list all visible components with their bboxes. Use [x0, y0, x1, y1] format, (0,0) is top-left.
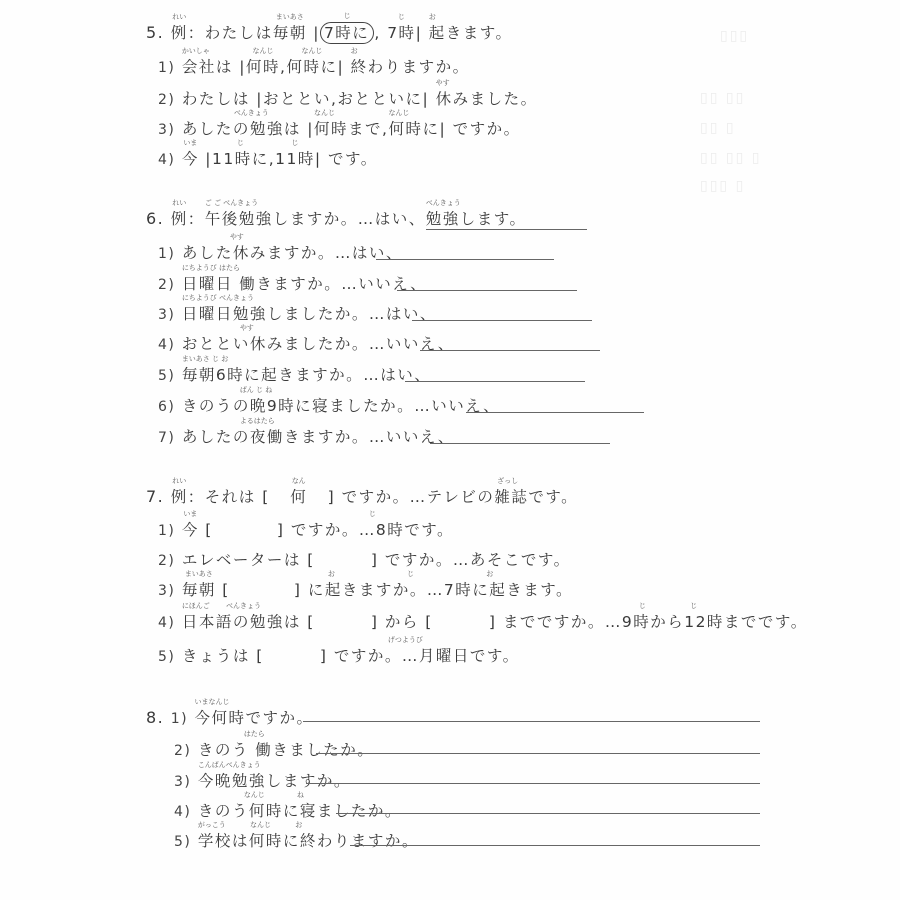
ruby: こんばんべんきょう [198, 761, 351, 769]
before-text: 日本語の勉強は [182, 613, 301, 631]
bleed-through-text: ▯▯▯ ▯ [700, 178, 745, 194]
ruby: にちようび はたら [182, 264, 341, 272]
choice-a[interactable]: おととい [263, 90, 331, 108]
choice-b-text: 何時に [286, 58, 337, 76]
bracket-open: [ [256, 647, 264, 665]
item-number: 4) [158, 336, 175, 354]
section6-item-1: 1) やす あした休みますか。 …はい、 [158, 244, 403, 263]
question-text: きのう何時に寝ましたか。 [198, 802, 402, 820]
example-label: れい 例 [171, 24, 188, 42]
prefix-text: 会社は [182, 58, 233, 76]
question: いまなんじ 今何時ですか。 [195, 709, 314, 727]
ruby: なん [290, 477, 307, 485]
after-text: ですか。…8時です。 [291, 521, 454, 539]
answer-blank[interactable] [412, 320, 592, 321]
answer-blank[interactable] [306, 783, 760, 784]
prefix-text: わたしは [182, 90, 250, 108]
before-text: 毎朝 [182, 581, 216, 599]
after: ざっし ですか。…テレビの雑誌です。 [342, 488, 578, 506]
verb-text: 起きます。 [429, 24, 513, 42]
ruby: お [351, 47, 470, 55]
ruby: にほんご べんきょう [182, 602, 301, 610]
bracket-close: ] [277, 521, 285, 539]
answer-blank[interactable] [405, 381, 585, 382]
choice-a-text: 何時まで [314, 120, 382, 138]
ruby: べんきょう [426, 199, 587, 207]
question-text: 日曜日勉強しましたか。 [182, 305, 369, 323]
choice-b[interactable]: じ 11時 [275, 150, 315, 168]
choice-a-text: 何時 [246, 58, 280, 76]
ruby: お [429, 13, 513, 21]
ruby: ばん じ ね [182, 386, 414, 394]
section8-item-1: 8. 1) いまなんじ 今何時ですか。 [146, 709, 314, 728]
choice-a[interactable]: なんじ 何時まで [314, 120, 382, 138]
section6-item-3: 3) にちようび べんきょう 日曜日勉強しましたか。 …はい、 [158, 305, 437, 324]
after-text: ですか。…月曜日です。 [334, 647, 520, 665]
choice-b[interactable]: なんじ 何時に [286, 58, 337, 76]
example-label-text: 例 [171, 488, 188, 506]
ruby: べんきょう [234, 109, 269, 117]
section6-item-2: 2) にちようび はたら 日曜日 働きますか。 …いいえ、 [158, 275, 427, 294]
ruby: なんじ [314, 109, 382, 117]
item-number: 4) [174, 803, 191, 821]
section5-example: 5. れい 例 ：わたしは まいあさ 毎朝 | じ 7時に , じ 7時 | お… [146, 22, 513, 44]
choice-b[interactable]: なんじ 何時に [388, 120, 439, 138]
section8-item-3: 3) こんばんべんきょう 今晩勉強しますか。 [174, 772, 351, 791]
before: にほんご べんきょう 日本語の勉強は [182, 613, 301, 631]
section8-item-4: 4) なんじ ね きのう何時に寝ましたか。 [174, 802, 402, 821]
section6-item-4: 4) やす おととい休みましたか。 …いいえ、 [158, 335, 455, 354]
ruby: いま [182, 510, 199, 518]
item-number: 6) [158, 398, 175, 416]
section7-item-2: 2) エレベーターは [] ですか。…あそこです。 [158, 551, 571, 570]
answer-blank[interactable] [350, 845, 760, 846]
ruby: やす [182, 324, 369, 332]
item-number: 1) [158, 245, 175, 263]
section-number: 5. [146, 23, 164, 42]
section5-item-2[interactable]: 2) わたしは |おととい,おとといに| やす 休みました。 [158, 90, 538, 109]
after-text: までですか。…9時から12時までです。 [503, 613, 808, 631]
example-label-text: 例 [171, 210, 188, 228]
bracket-close: ] [371, 613, 379, 631]
after-text: ですか。…テレビの雑誌です。 [342, 488, 578, 506]
item-number: 3) [174, 773, 191, 791]
section7-item-3: 3) まいあさ 毎朝 [] お じ お に起きますか。…7時に起きます。 [158, 581, 573, 600]
ruby: じ [275, 139, 315, 147]
ruby: はたら [198, 730, 374, 738]
ruby: にちようび べんきょう [182, 294, 369, 302]
ruby: じ [212, 139, 269, 147]
choice-b-text: 11時 [275, 150, 315, 168]
item-number: 1) [171, 710, 188, 728]
reply-text: …はい、 [358, 210, 426, 228]
question: にちようび はたら 日曜日 働きますか。 [182, 275, 341, 293]
bleed-through-text: ▯▯ ▯▯ [700, 90, 745, 106]
question: はたら きのう 働きましたか。 [198, 741, 374, 759]
ruby: お じ お [308, 570, 573, 578]
suffix-text: 休みました。 [436, 90, 538, 108]
worksheet-page: ▯▯▯ ▯▯ ▯▯ ▯▯ ▯ ▯▯ ▯▯ ▯ ▯▯▯ ▯ 5. れい 例 ：わた… [0, 0, 900, 900]
item-number: 5) [158, 648, 175, 666]
prefix-text: あしたの勉強は [182, 120, 301, 138]
colon: ： [188, 24, 205, 42]
bleed-through-text: ▯▯ ▯▯ ▯ [700, 150, 761, 166]
section-number: 8. [146, 708, 164, 727]
bleed-through-text: ▯▯▯ [720, 28, 749, 44]
choice-b-text: 何時に [388, 120, 439, 138]
section6-example: 6. れい 例 ： ご ご べんきょう 午後勉強しますか。 …はい、 べんきょう… [146, 210, 587, 230]
example-label-text: 例 [171, 24, 188, 42]
example-answer-text: 勉強します。 [426, 210, 527, 228]
question-text: 学校は何時に終わりますか。 [198, 832, 419, 850]
section-number: 6. [146, 209, 164, 228]
ruby: なんじ [246, 47, 280, 55]
answer-blank[interactable] [397, 290, 577, 291]
choice-a-text: 11時に [212, 150, 269, 168]
suffix-text: 終わりますか。 [351, 58, 470, 76]
word-maiasa: まいあさ 毎朝 [273, 24, 307, 42]
before-text: きょうは [182, 647, 250, 665]
question: やす あした休みますか。 [182, 244, 335, 262]
example-label: れい 例 [171, 488, 188, 506]
ruby: れい [171, 199, 188, 207]
question: にちようび べんきょう 日曜日勉強しましたか。 [182, 305, 369, 323]
section6-item-6: 6) ばん じ ね きのうの晩9時に寝ましたか。 …いいえ、 [158, 397, 500, 416]
ruby: いまなんじ [195, 698, 314, 706]
bracket-close: ] [371, 551, 379, 569]
question: やす おととい休みましたか。 [182, 335, 369, 353]
prefix: いま 今 [182, 150, 199, 168]
section7-item-5: 5) きょうは [] げつようび ですか。…月曜日です。 [158, 647, 520, 666]
bracket-open: [ [205, 521, 213, 539]
bleed-through-text: ▯▯ ▯ [700, 120, 736, 136]
choice-bracket-open: | [313, 24, 320, 42]
question: こんばんべんきょう 今晩勉強しますか。 [198, 772, 351, 790]
item-number: 4) [158, 614, 175, 632]
answer-blank[interactable] [430, 443, 610, 444]
question: よるはたら あしたの夜働きますか。 [182, 428, 369, 446]
ruby: じ [321, 12, 373, 20]
ruby: まいあさ じ お [182, 355, 363, 363]
answer-blank[interactable] [316, 753, 760, 754]
item-number: 2) [174, 742, 191, 760]
after-text: ですか。…あそこです。 [385, 551, 571, 569]
question-text: おととい休みましたか。 [182, 335, 369, 353]
ruby: がっこう なんじ お [198, 821, 419, 829]
section7-item-4: 4) にほんご べんきょう 日本語の勉強は [] から [] じ じ までですか… [158, 613, 808, 632]
question-text: 午後勉強しますか。 [205, 210, 358, 228]
item-number: 7) [158, 429, 175, 447]
circled-choice-text: 7時に [324, 24, 369, 42]
bracket-close: ] [320, 647, 328, 665]
example-answer: べんきょう 勉強します。 [426, 210, 587, 230]
question: なんじ ね きのう何時に寝ましたか。 [198, 802, 402, 820]
before: いま 今 [182, 521, 199, 539]
question-text: あした休みますか。 [182, 244, 335, 262]
question: まいあさ じ お 毎朝6時に起きますか。 [182, 366, 363, 384]
suffix-text: ですか。 [453, 120, 521, 138]
answer-blank[interactable] [336, 813, 760, 814]
section8-item-5: 5) がっこう なんじ お 学校は何時に終わりますか。 [174, 832, 419, 851]
colon: ： [188, 488, 205, 506]
question-text: 今何時ですか。 [195, 709, 314, 727]
bracket-open: [ [307, 551, 315, 569]
example-filled-answer: なん 何 [290, 488, 307, 506]
choice-b[interactable]: おとといに [337, 90, 422, 108]
item-number: 1) [158, 522, 175, 540]
choice-separator: , [374, 24, 380, 42]
filled-text: 何 [290, 488, 307, 506]
prefix: べんきょう あしたの勉強は [182, 120, 301, 138]
ruby: なんじ ね [198, 791, 402, 799]
suffix-text: です。 [328, 150, 378, 168]
sentence-text: わたしは [205, 24, 273, 42]
ruby: ご ご べんきょう [205, 199, 358, 207]
ruby: やす [182, 233, 335, 241]
bracket-open: [ [262, 488, 270, 506]
after: お じ お に起きますか。…7時に起きます。 [308, 581, 573, 599]
ruby: なんじ [286, 47, 337, 55]
prefix: かいしゃ 会社は [182, 58, 233, 76]
section6-item-7: 7) よるはたら あしたの夜働きますか。 …いいえ、 [158, 428, 455, 447]
ruby: よるはたら [182, 417, 369, 425]
other-choice-text: 7時 [387, 24, 415, 42]
prefix-text: 今 [182, 150, 199, 168]
question-text: きのう 働きましたか。 [198, 741, 374, 759]
section8-item-2: 2) はたら きのう 働きましたか。 [174, 741, 374, 760]
item-number: 3) [158, 121, 175, 139]
choice-bracket-close: | [416, 24, 423, 42]
question-text: 毎朝6時に起きますか。 [182, 366, 363, 384]
item-number: 2) [158, 552, 175, 570]
bracket-open: [ [222, 581, 230, 599]
ruby: れい [171, 477, 188, 485]
answer-blank[interactable] [420, 350, 600, 351]
section-number: 7. [146, 487, 164, 506]
question: ばん じ ね きのうの晩9時に寝ましたか。 [182, 397, 414, 415]
after-text: に起きますか。…7時に起きます。 [308, 581, 573, 599]
answer-blank[interactable] [376, 259, 554, 260]
bracket-close: ] [328, 488, 336, 506]
ruby: なんじ [388, 109, 439, 117]
answer-blank[interactable] [466, 412, 644, 413]
section5-item-3[interactable]: 3) べんきょう あしたの勉強は | なんじ 何時まで , なんじ 何時に | … [158, 120, 521, 139]
item-number: 4) [158, 151, 175, 169]
other-choice: じ 7時 [387, 24, 415, 42]
item-number: 3) [158, 306, 175, 324]
answer-blank[interactable] [303, 721, 760, 722]
ruby: れい [171, 13, 188, 21]
ruby: じ じ [503, 602, 808, 610]
item-number: 2) [158, 276, 175, 294]
question-text: 日曜日 働きますか。 [182, 275, 341, 293]
item-number: 5) [174, 833, 191, 851]
suffix: お 終わりますか。 [351, 58, 470, 76]
section7-item-1: 1) いま 今 [] じ ですか。…8時です。 [158, 521, 454, 540]
ruby: げつようび [334, 636, 520, 644]
ruby: まいあさ [182, 570, 216, 578]
ruby: じ [291, 510, 454, 518]
ruby: じ [387, 13, 415, 21]
choice-a[interactable]: じ 11時に [212, 150, 269, 168]
after: じ じ までですか。…9時から12時までです。 [503, 613, 808, 631]
section5-item-4[interactable]: 4) いま 今 | じ 11時に , じ 11時 | です。 [158, 150, 378, 169]
item-number: 2) [158, 91, 175, 109]
ruby: かいしゃ [182, 47, 233, 55]
section7-example: 7. れい 例 ：それは [ なん 何 ] ざっし ですか。…テレビの雑誌です。 [146, 488, 578, 506]
bracket-close: ] [294, 581, 302, 599]
before-text: 今 [182, 521, 199, 539]
after: げつようび ですか。…月曜日です。 [334, 647, 520, 665]
circled-choice: じ 7時に [320, 22, 374, 44]
section6-item-5: 5) まいあさ じ お 毎朝6時に起きますか。 …はい、 [158, 366, 431, 385]
suffix: やす 休みました。 [436, 90, 538, 108]
middle-text: から [385, 613, 419, 631]
before: まいあさ 毎朝 [182, 581, 216, 599]
item-number: 5) [158, 367, 175, 385]
question-text: あしたの夜働きますか。 [182, 428, 369, 446]
question-text: 今晩勉強しますか。 [198, 772, 351, 790]
bracket-open: [ [425, 613, 433, 631]
after: じ ですか。…8時です。 [291, 521, 454, 539]
choice-a[interactable]: なんじ 何時 [246, 58, 280, 76]
ruby: いま [182, 139, 199, 147]
ruby: まいあさ [273, 13, 307, 21]
ruby: ざっし [342, 477, 578, 485]
question-text: きのうの晩9時に寝ましたか。 [182, 397, 414, 415]
question: がっこう なんじ お 学校は何時に終わりますか。 [198, 832, 419, 850]
question: ご ご べんきょう 午後勉強しますか。 [205, 210, 358, 228]
ruby: やす [436, 79, 538, 87]
section5-item-1[interactable]: 1) かいしゃ 会社は | なんじ 何時 , なんじ 何時に | お 終わります… [158, 58, 470, 77]
before-text: エレベーターは [182, 551, 301, 569]
colon: ： [188, 210, 205, 228]
verb: お 起きます。 [429, 24, 513, 42]
item-number: 3) [158, 582, 175, 600]
before-text: それは [205, 488, 256, 506]
word-text: 毎朝 [273, 24, 307, 42]
bracket-close: ] [489, 613, 497, 631]
item-number: 1) [158, 59, 175, 77]
example-label: れい 例 [171, 210, 188, 228]
bracket-open: [ [307, 613, 315, 631]
